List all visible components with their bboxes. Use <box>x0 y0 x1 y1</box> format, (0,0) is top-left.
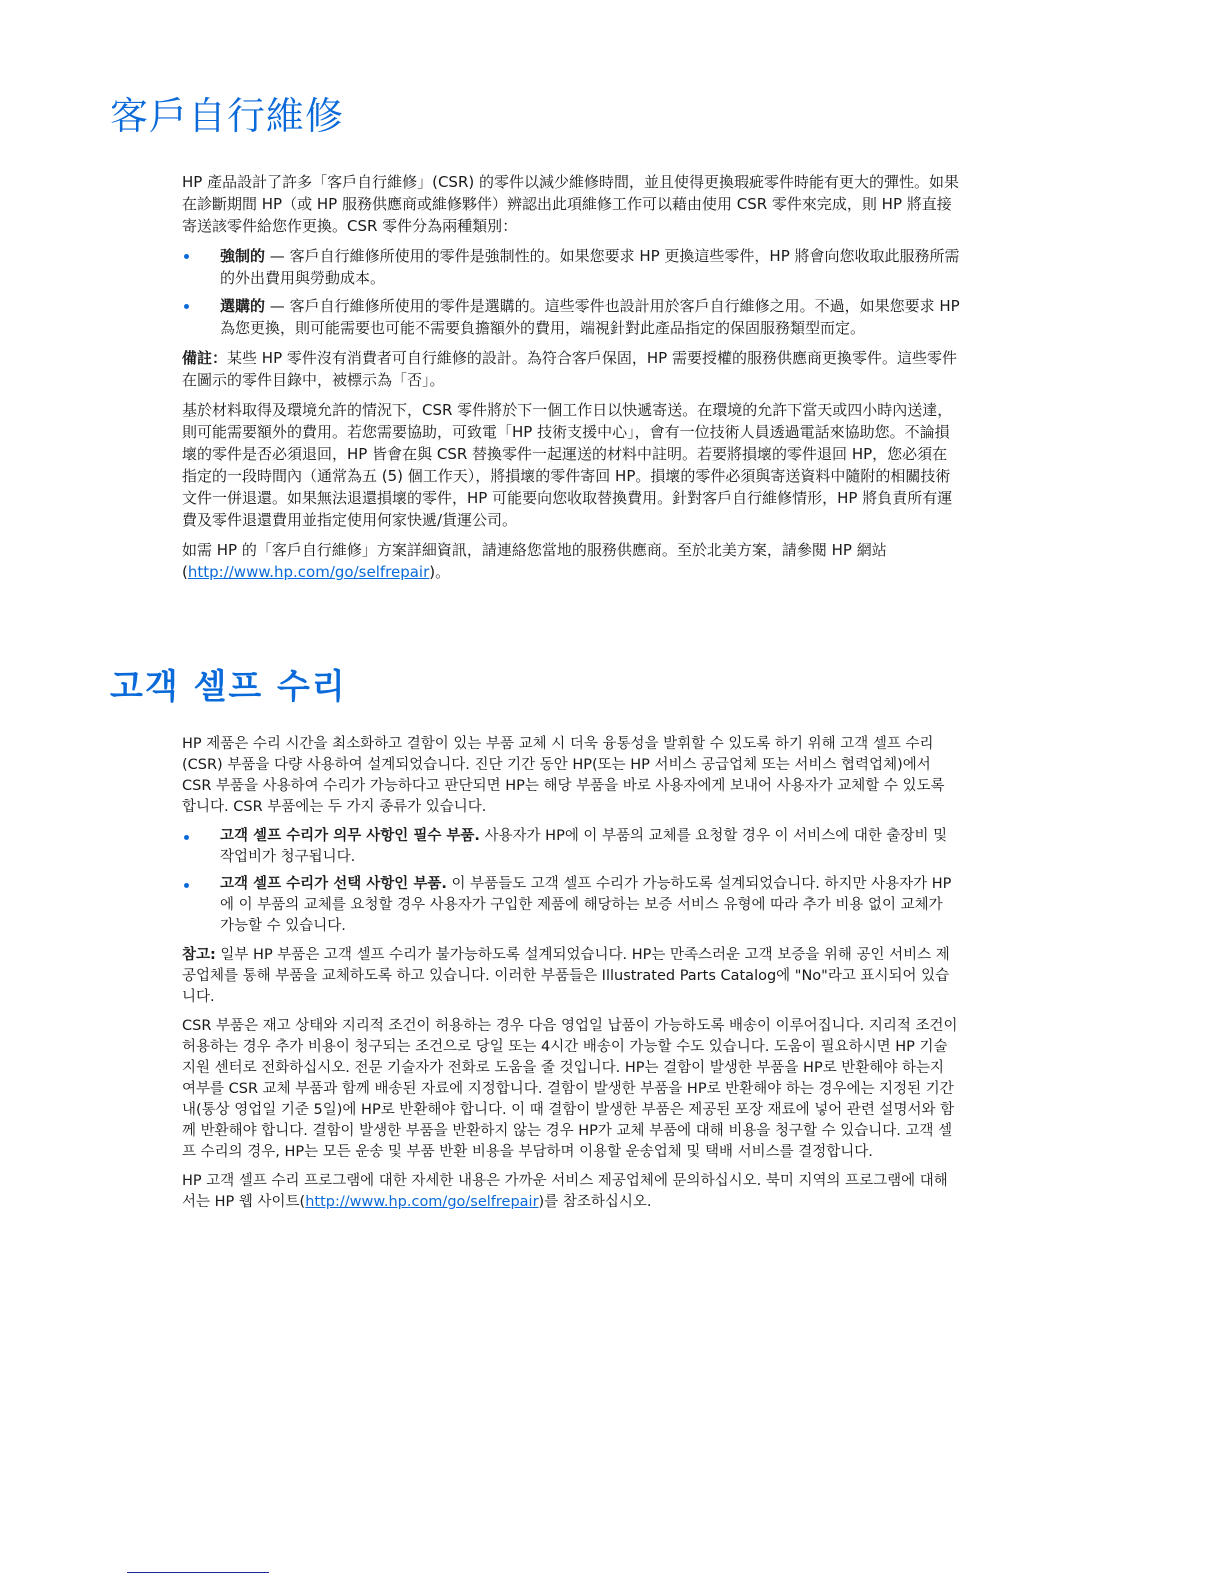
bullet-text: 客戶自行維修所使用的零件是強制性的。如果您要求 HP 更換這些零件，HP 將會向… <box>220 247 960 287</box>
bullet-icon <box>184 254 189 259</box>
ko-section-body: HP 제품은 수리 시간을 최소화하고 결함이 있는 부품 교체 시 더욱 융통… <box>182 734 960 1221</box>
ko-shipping-paragraph: CSR 부품은 재고 상태와 지리적 조건이 허용하는 경우 다음 영업일 납품… <box>182 1016 960 1163</box>
zh-bullet-optional: 選購的 — 客戶自行維修所使用的零件是選購的。這些零件也設計用於客戶自行維修之用… <box>182 295 960 339</box>
ko-bullet-list: 고객 셀프 수리가 의무 사항인 필수 부품. 사용자가 HP에 이 부품의 교… <box>182 826 960 937</box>
zh-note-paragraph: 備註：某些 HP 零件沒有消費者可自行維修的設計。為符合客戶保固，HP 需要授權… <box>182 347 960 391</box>
zh-intro-paragraph: HP 產品設計了許多「客戶自行維修」(CSR) 的零件以減少維修時間，並且使得更… <box>182 171 960 237</box>
ko-more-info-paragraph: HP 고객 셀프 수리 프로그램에 대한 자세한 내용은 가까운 서비스 제공업… <box>182 1171 960 1213</box>
bullet-icon <box>184 883 189 888</box>
zh-section-body: HP 產品設計了許多「客戶自行維修」(CSR) 的零件以減少維修時間，並且使得更… <box>182 171 960 591</box>
ko-bullet-optional: 고객 셀프 수리가 선택 사항인 부품. 이 부품들도 고객 셀프 수리가 가능… <box>182 874 960 937</box>
bullet-sep: — <box>265 297 290 315</box>
bullet-icon <box>184 835 189 840</box>
ko-bullet-mandatory: 고객 셀프 수리가 의무 사항인 필수 부품. 사용자가 HP에 이 부품의 교… <box>182 826 960 868</box>
zh-bullet-mandatory: 強制的 — 客戶自行維修所使用的零件是強制性的。如果您要求 HP 更換這些零件，… <box>182 245 960 289</box>
footer-divider <box>127 1572 269 1573</box>
more-info-text-end: )。 <box>429 563 450 581</box>
selfrepair-link[interactable]: http://www.hp.com/go/selfrepair <box>188 563 429 581</box>
bullet-term: 強制的 <box>220 247 265 265</box>
bullet-text: 客戶自行維修所使用的零件是選購的。這些零件也設計用於客戶自行維修之用。不過，如果… <box>220 297 960 337</box>
bullet-icon <box>184 304 189 309</box>
bullet-term: 選購的 <box>220 297 265 315</box>
more-info-text-end: )를 참조하십시오. <box>539 1194 652 1210</box>
selfrepair-link[interactable]: http://www.hp.com/go/selfrepair <box>305 1194 538 1210</box>
zh-more-info-paragraph: 如需 HP 的「客戶自行維修」方案詳細資訊，請連絡您當地的服務供應商。至於北美方… <box>182 539 960 583</box>
bullet-term: 고객 셀프 수리가 의무 사항인 필수 부품. <box>220 828 480 844</box>
ko-note-paragraph: 참고: 일부 HP 부품은 고객 셀프 수리가 불가능하도록 설계되었습니다. … <box>182 945 960 1008</box>
note-label: 備註： <box>182 349 227 367</box>
note-text: 일부 HP 부품은 고객 셀프 수리가 불가능하도록 설계되었습니다. HP는 … <box>182 947 950 1005</box>
zh-section-title: 客戶自行維修 <box>110 93 344 139</box>
ko-intro-paragraph: HP 제품은 수리 시간을 최소화하고 결함이 있는 부품 교체 시 더욱 융통… <box>182 734 960 818</box>
ko-section-title: 고객 셀프 수리 <box>110 664 347 710</box>
zh-bullet-list: 強制的 — 客戶自行維修所使用的零件是強制性的。如果您要求 HP 更換這些零件，… <box>182 245 960 339</box>
bullet-sep: — <box>265 247 290 265</box>
note-label: 참고: <box>182 947 216 963</box>
zh-shipping-paragraph: 基於材料取得及環境允許的情況下，CSR 零件將於下一個工作日以快遞寄送。在環境的… <box>182 399 960 531</box>
note-text: 某些 HP 零件沒有消費者可自行維修的設計。為符合客戶保固，HP 需要授權的服務… <box>182 349 957 389</box>
bullet-term: 고객 셀프 수리가 선택 사항인 부품. <box>220 876 447 892</box>
